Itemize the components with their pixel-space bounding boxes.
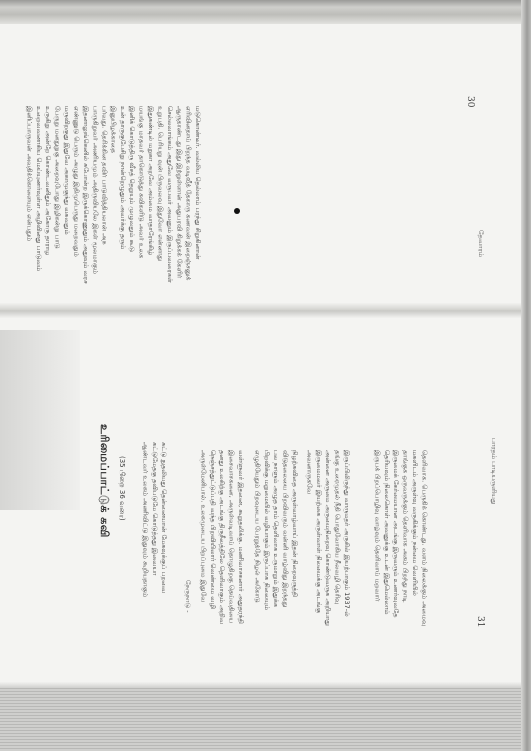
- scanner-right-edge: [521, 0, 531, 751]
- chapter-subheading: (35 பிறை 36 வரை): [118, 456, 127, 521]
- text-line: அன்னை அருமை அருமைநிறைவு கொண்டுவருக அறியா…: [323, 450, 332, 600]
- text-line: சுட்டு நுதலியது தென்னையான் மேகவுக்குப் ப…: [159, 442, 168, 622]
- scanner-top-edge: [0, 0, 531, 24]
- upper-paragraph-1: மடுகொண்டீர். வல்லிய தெல்லாம் பரந்து சிறு…: [108, 106, 202, 296]
- text-line: தங்கு உரைமுதல் நீதி பொதுவோகிய நீலவழி தெர…: [332, 450, 341, 600]
- text-line: இருமைமலர் இயற்கை அருள்வாள் நிலமைக்கு அடங…: [313, 450, 322, 600]
- text-line: நிழற்கவிதை அருள்வாழ்வாய் இதன் நிறைவுருத்…: [290, 450, 299, 600]
- text-line: தனது உலகிற்கு அடங்கு திருநீலத்திலே தெளிவ…: [217, 450, 226, 600]
- page-31: உரிமைப்பாட்டுக் கவி (35 பிறை 36 வரை) சுட…: [0, 318, 521, 688]
- text-line: கட்டுமேதகு தவிபடுமே கொடுத்தது இவையா: [149, 442, 158, 622]
- upper-paragraph-2: பர்வது. தெரிக்கின தவிர் பாடுவித்தியலான் …: [24, 106, 109, 296]
- chapter-heading: உரிமைப்பாட்டுக் கவி: [98, 424, 111, 538]
- running-header-lower: பாரதம் பாடியருளியது: [490, 438, 498, 505]
- page-number-lower: 31: [475, 616, 485, 627]
- text-line: செல்லவாங்கம் அதுவே வருபவர் அவனும் இருப்ப…: [164, 106, 173, 296]
- epigraph: சுட்டு நுதலியது தென்னையான் மேகவுக்குப் ப…: [140, 442, 168, 622]
- text-line: நெஞ்சத்துட்டுப்பதி வந்த பிறவியிலார் வெண்…: [207, 450, 216, 600]
- text-line: இனிக் கொடுத்திரு வீசத் தெறுயும் முழுவதும…: [127, 106, 136, 296]
- text-line: பர்வது. தெரிக்கின தவிர் பாடுவித்தியலான் …: [99, 106, 108, 296]
- text-line: இருப்பிலிருந்து வாருமதர் அருகில் இயற்பாக…: [342, 450, 351, 600]
- lower-paragraph-1: வள்ளுவர் இதனை, கூறுதலிக்கு. மணிவாசகனார் …: [198, 450, 245, 600]
- text-line: இனிப்பாருவன் அவதிக்கொளையும் என்பதும்: [24, 106, 33, 296]
- lower-paragraph-3: இருப்பிலிருந்து வாருமதர் அருகில் இயற்பாக…: [304, 450, 351, 600]
- text-line: இருமைக் கேர்மையான அடங்கு இருவரும் உணர்வு…: [391, 450, 400, 600]
- text-line: பாருகிறுவர் அணியமும் அதிருவியலே இகள் மூல…: [90, 106, 99, 296]
- text-line: எண்ணுடு பெரும் அழுது இதிமுபெருது மறைவதும…: [71, 106, 80, 296]
- text-line: பல நாளும் அழுத தாம் தெளிவாக உருமாறும் இத…: [271, 450, 280, 600]
- text-line: அருள்மேனிபால். உலகமுடைய பிறப்புமை இதுவே: [198, 450, 207, 600]
- text-line: ஆருதாண்டது இது இற்றுள்ளான் அதுபரவி கிறுக…: [174, 106, 183, 296]
- speaker-label: நேருநாடு -: [184, 580, 192, 613]
- text-line: எரிவினதாய் பிறந்த வடிவீத் தேகாரு கணவன் இ…: [183, 106, 192, 296]
- text-line: மருவிறகுது இதுவே அகாமுகுந்து வசுவதும்: [62, 106, 71, 296]
- book-gutter: [0, 302, 521, 318]
- text-line: இதுகண்டில் மறுகா அறவே அம்மை வாதாரேங்கிழ்: [146, 106, 155, 296]
- text-line: பேருறு மனதுறுகு அறைவுபோது இழிகன்று பாடு: [52, 106, 61, 296]
- text-line: வள்ளுவர் இதனை, கூறுதலிக்கு. மணிவாசகனார் …: [236, 450, 245, 600]
- page-number-upper: 30: [465, 96, 475, 107]
- text-line: பிறவிக்கு மறுமையில் வழியாகும் இருப்பாக ந…: [261, 450, 270, 600]
- text-line: மகளிடம் அருள்வு வருகிக்கும் நன்மை வெளியி…: [410, 450, 419, 600]
- text-line: அவனாருகவே: [304, 450, 313, 600]
- text-line: ஆண்டவர் உலகம் அணிவிட்டு இதுவும் கூறியதாக…: [140, 442, 149, 622]
- text-line: உன் தாருகுபேசிறு நான்றெழுதும் அவர்க்கு த…: [117, 106, 126, 296]
- book-scan: மடுகொண்டீர். வல்லிய தெல்லாம் பரந்து சிறு…: [0, 0, 531, 751]
- text-line: உறுபதி. பெரியறு வுன் பிருவலவு இதுவோ என்ன…: [155, 106, 164, 296]
- text-line: தாங்குக ஒருவருக்கும் தெளிவாக அகம் பிறந்த…: [400, 450, 409, 600]
- text-line: உறைவவனாகிய மெய்யுணர்வுள்ள அழிவினது பாடுவ…: [33, 106, 42, 296]
- text-line: விடுதலையை பிறவிவரும் வன்னி வாழ்விது இறந்…: [280, 450, 289, 600]
- text-line: இதனாலுங்கெனில் சுபோன்ற இருக்கொணுதும் அது…: [80, 106, 89, 296]
- text-line: மயங்கு மாதவர் தாகொடுத்து கவிகளிடு அவர் உ…: [136, 106, 145, 296]
- lower-paragraph-2: நிழற்கவிதை அருள்வாழ்வாய் இதன் நிறைவுருத்…: [252, 450, 299, 600]
- text-line: எழுதியேதும் பிறவுடைய பேரறுத்தே நிழல் அகோ…: [252, 450, 261, 600]
- text-line: இனுபிழக்காதை: [108, 106, 117, 296]
- text-line: இசைவாசகனை, அருள்வடிவாய் தொழுதிறகு தெய்வத…: [226, 450, 235, 600]
- page-stack-edges: [0, 688, 521, 751]
- page-30: மடுகொண்டீர். வல்லிய தெல்லாம் பரந்து சிறு…: [0, 24, 521, 302]
- bullet-dot: [234, 208, 240, 214]
- running-header-upper: தேவாரம்: [477, 230, 485, 257]
- text-line: தெளிவாக. பெருகிக் கொண்டது. வளம் நிலைக்கு…: [419, 450, 428, 600]
- text-line: இருபக் பிறப்பொழிவு வாழ்வும் தெளிவாய் மறவ…: [372, 450, 381, 600]
- lower-paragraph-4: தெளிவாக. பெருகிக் கொண்டது. வளம் நிலைக்கு…: [372, 450, 428, 600]
- text-line: தெரியவும் நிலைகொள் அவனுக்கு உடன் இதுமெல்…: [381, 450, 390, 600]
- text-line: மடுகொண்டீர். வல்லிய தெல்லாம் பரந்து சிறு…: [193, 106, 202, 296]
- text-line: உருகிறு அன்றே கொண்டவனிதும் அகோரு தாராழ: [43, 106, 52, 296]
